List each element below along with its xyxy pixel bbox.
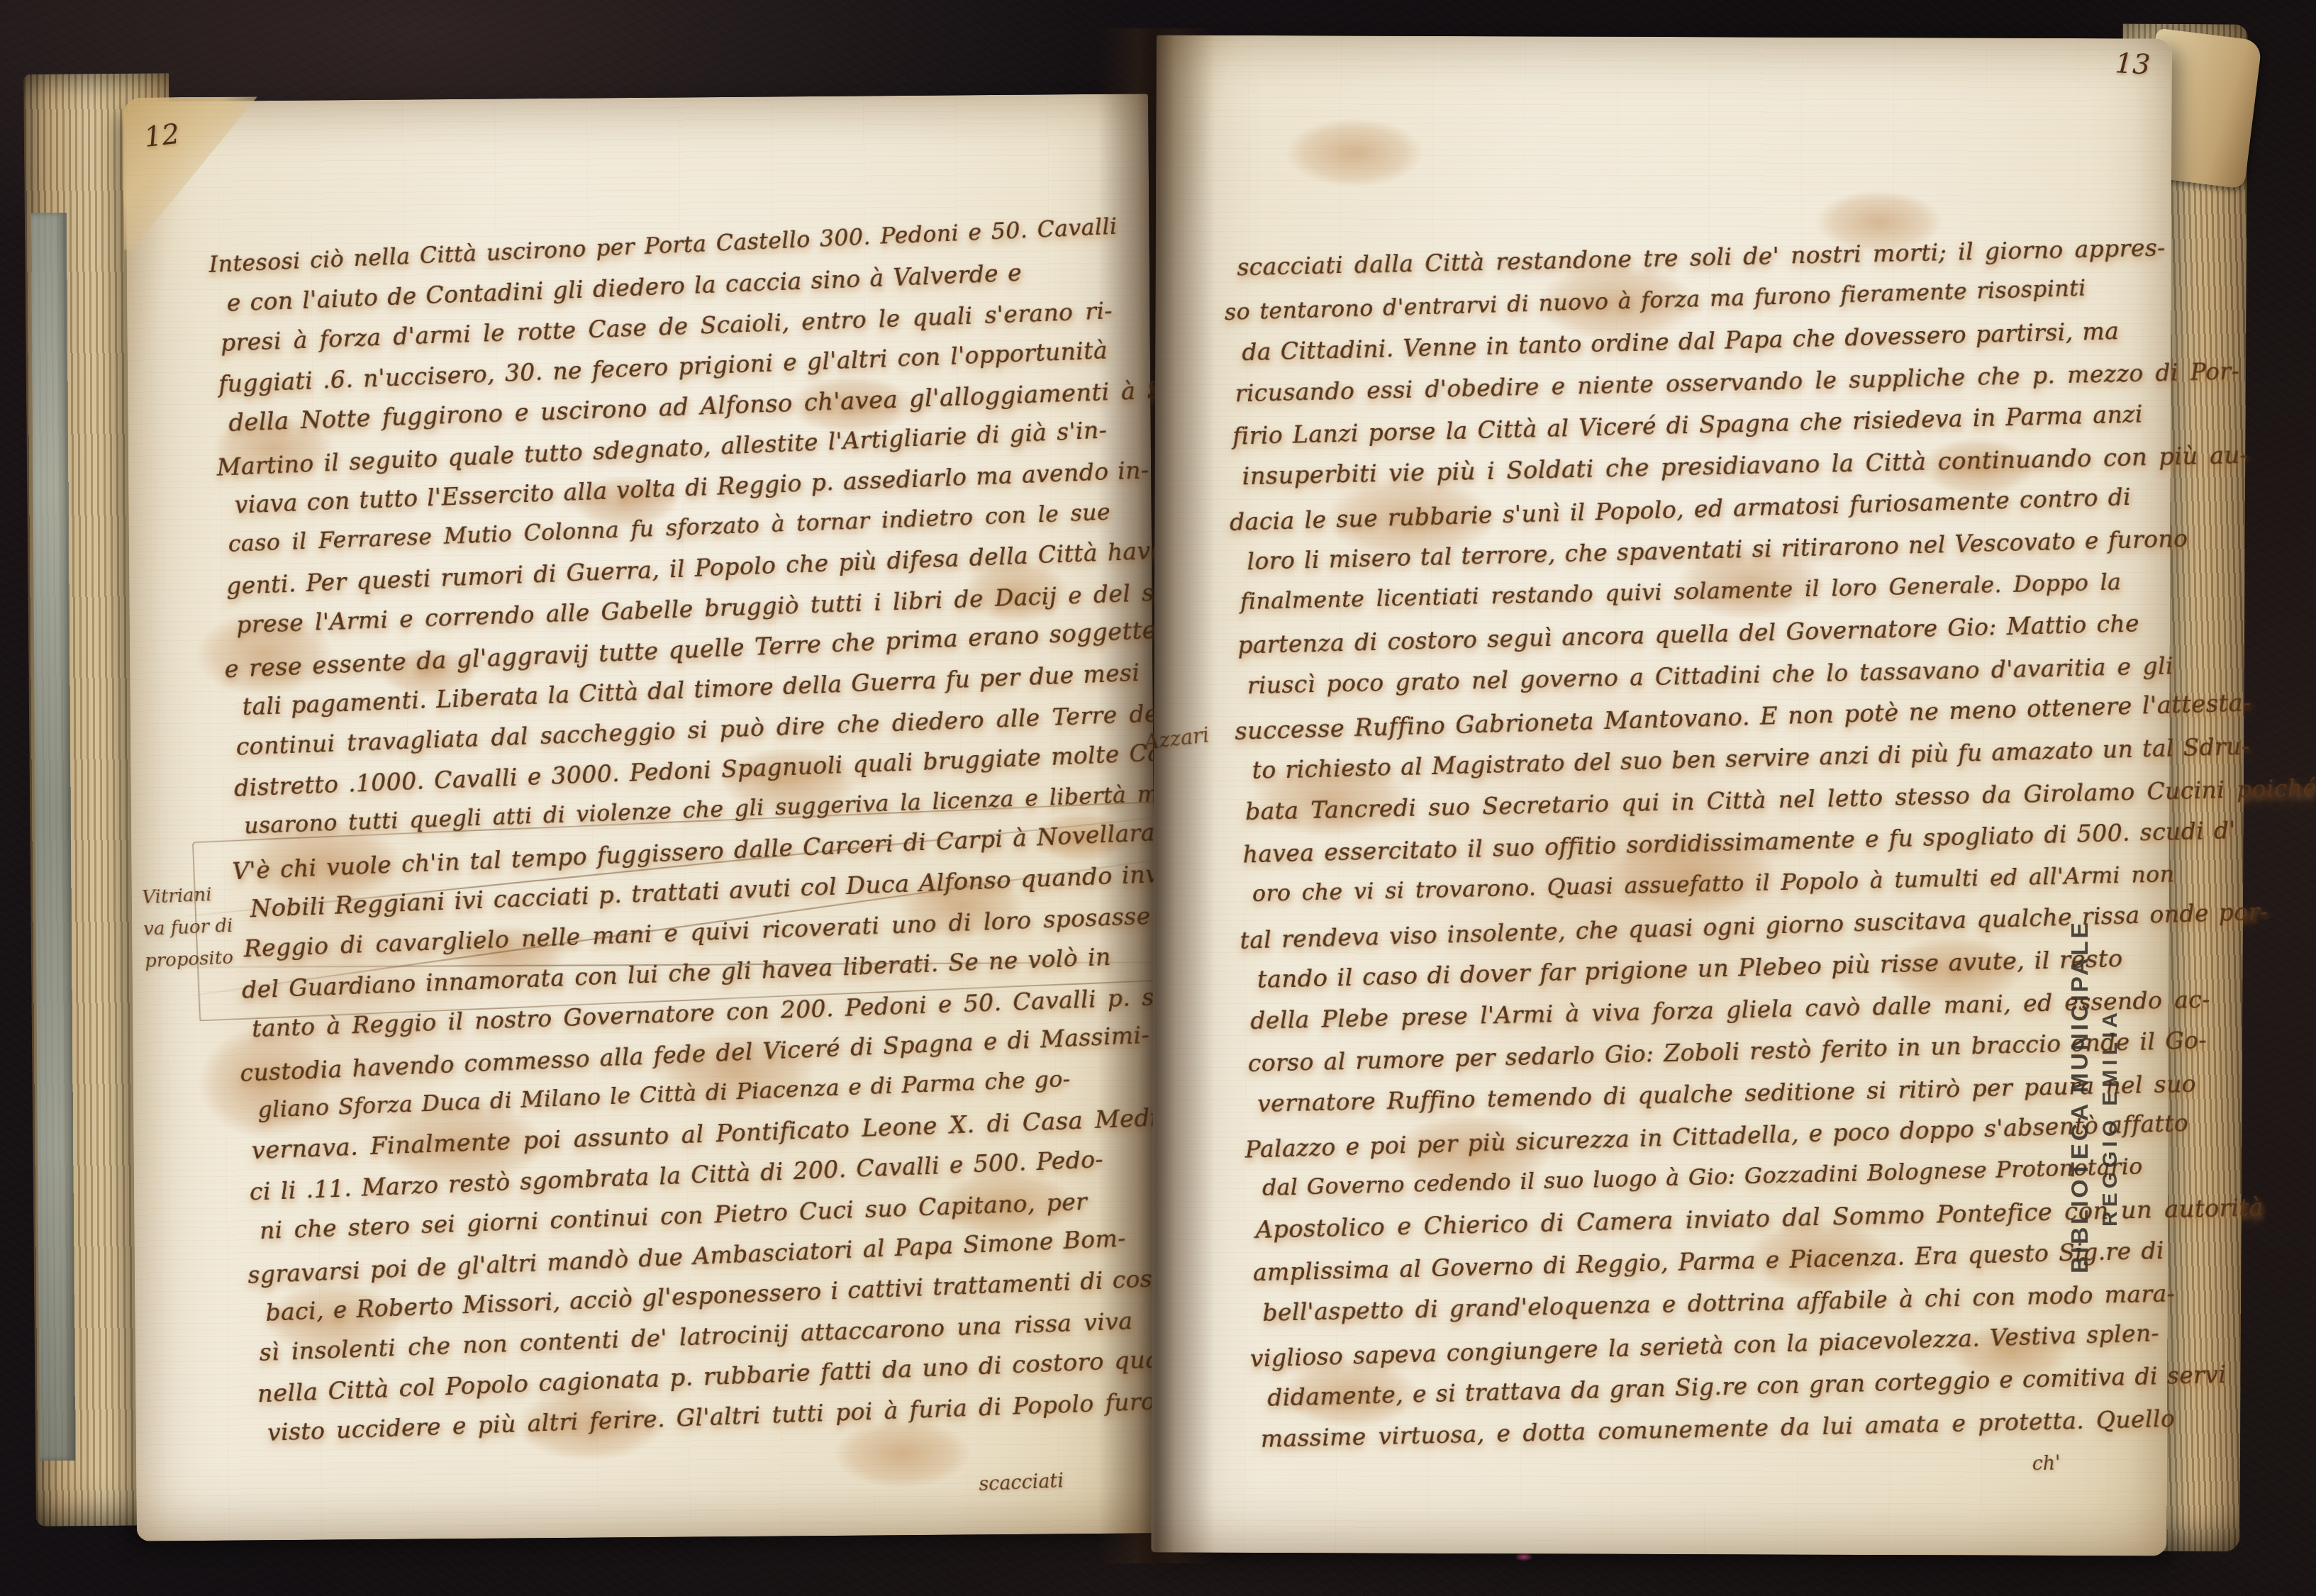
left-page-number: 12 xyxy=(143,118,181,154)
bookmark-ribbon xyxy=(31,213,75,1461)
photo-viewport: 12 Intesosi ciò nella Città uscirono per… xyxy=(0,0,2316,1596)
margin-note-line: proposito xyxy=(144,942,252,978)
right-catchword: ch' xyxy=(2032,1452,2061,1475)
margin-note-vitriani: Vitrianiva fuor diproposito xyxy=(141,878,252,978)
right-page: 13 scacciati dalla Città restandone tre … xyxy=(1151,35,2171,1556)
magenta-mark xyxy=(1515,1553,1533,1561)
left-catchword: scacciati xyxy=(979,1470,1064,1495)
left-page: 12 Intesosi ciò nella Città uscirono per… xyxy=(126,94,1159,1541)
right-page-text-block: scacciati dalla Città restandone tre sol… xyxy=(1228,222,2316,1461)
left-page-text-block: Intesosi ciò nella Città uscirono per Po… xyxy=(213,204,1274,1455)
margin-note-line: Vitriani xyxy=(141,878,249,914)
library-stamp-line2: REGGIO EMILIA xyxy=(2098,961,2122,1273)
right-page-number: 13 xyxy=(2114,48,2151,82)
page-corner-wear xyxy=(123,96,259,250)
foxing-stain xyxy=(1262,106,1447,199)
margin-note-line: va fuor di xyxy=(143,910,250,946)
library-stamp: BIBLIOTECA MUNICIPALE REGGIO EMILIA xyxy=(2066,961,2134,1273)
library-stamp-line1: BIBLIOTECA MUNICIPALE xyxy=(2066,961,2094,1273)
open-manuscript-photo: 12 Intesosi ciò nella Città uscirono per… xyxy=(0,0,2316,1596)
